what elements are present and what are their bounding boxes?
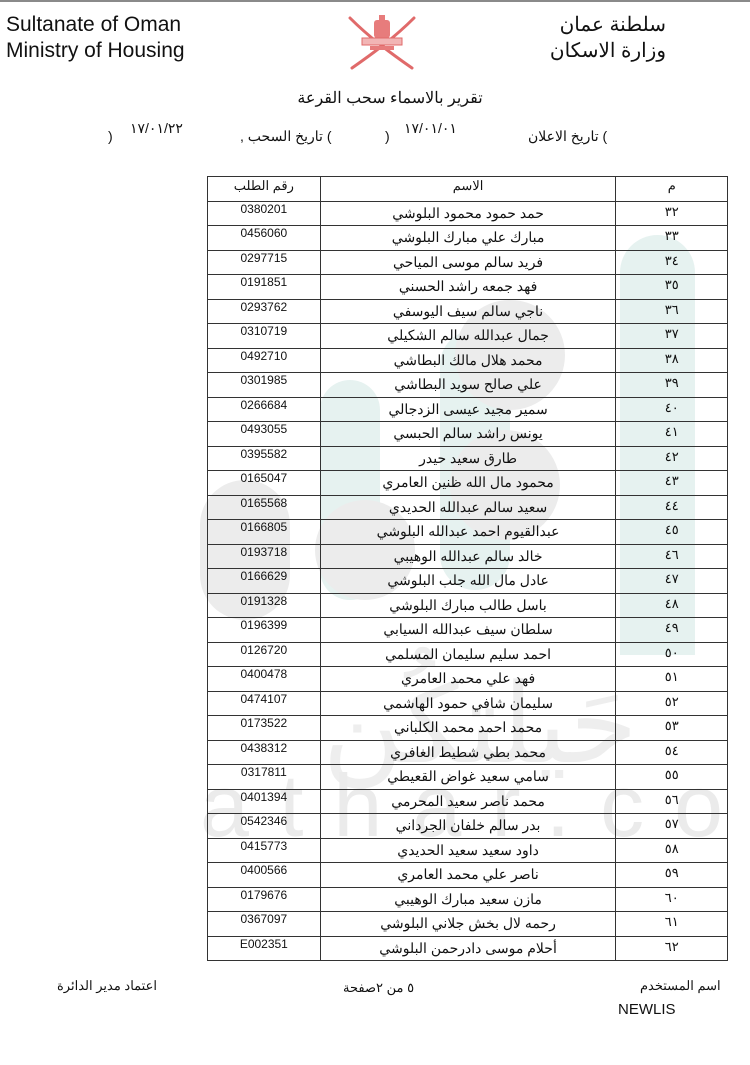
user-label: اسم المستخدم <box>640 978 721 994</box>
application-no-cell: 0367097 <box>208 912 321 937</box>
row-number-cell: ٥٥ <box>616 765 728 790</box>
approval-label: اعتماد مدير الدائرة <box>57 978 157 994</box>
table-row: 0401394محمد ناصر سعيد المحرمي٥٦ <box>208 789 728 814</box>
name-cell: خالد سالم عبدالله الوهيبي <box>320 544 616 569</box>
name-cell: أحلام موسى دادرحمن البلوشي <box>320 936 616 961</box>
table-row: 0179676مازن سعيد مبارك الوهيبي٦٠ <box>208 887 728 912</box>
application-no-cell: 0196399 <box>208 618 321 643</box>
table-row: 0415773داود سعيد سعيد الحديدي٥٨ <box>208 838 728 863</box>
row-number-cell: ٦١ <box>616 912 728 937</box>
table-row: 0317811سامي سعيد غواض القعيطي٥٥ <box>208 765 728 790</box>
ministry-name-en: Ministry of Housing <box>6 38 185 64</box>
application-no-cell: 0401394 <box>208 789 321 814</box>
application-no-cell: 0380201 <box>208 201 321 226</box>
application-no-cell: 0293762 <box>208 299 321 324</box>
row-number-cell: ٥٣ <box>616 716 728 741</box>
name-cell: محمد هلال مالك البطاشي <box>320 348 616 373</box>
row-number-cell: ٣٧ <box>616 324 728 349</box>
name-cell: محمود مال الله ظنين العامري <box>320 471 616 496</box>
row-number-cell: ٣٥ <box>616 275 728 300</box>
application-no-cell: 0395582 <box>208 446 321 471</box>
table-row: 0166805عبدالقيوم احمد عبدالله البلوشي٤٥ <box>208 520 728 545</box>
application-no-cell: 0165047 <box>208 471 321 496</box>
application-no-cell: 0438312 <box>208 740 321 765</box>
row-number-cell: ٤٧ <box>616 569 728 594</box>
table-row: 0293762ناجي سالم سيف اليوسفي٣٦ <box>208 299 728 324</box>
table-row: 0191328باسل طالب مبارك البلوشي٤٨ <box>208 593 728 618</box>
table-row: 0456060مبارك علي مبارك البلوشي٣٣ <box>208 226 728 251</box>
name-cell: محمد بطي شطيط الغافري <box>320 740 616 765</box>
name-cell: بدر سالم خلفان الجرداني <box>320 814 616 839</box>
name-cell: رحمه لال بخش جلاني البلوشي <box>320 912 616 937</box>
row-number-cell: ٤٨ <box>616 593 728 618</box>
application-no-cell: 0126720 <box>208 642 321 667</box>
top-border-line <box>0 0 750 2</box>
row-number-cell: ٤٠ <box>616 397 728 422</box>
row-number-cell: ٣٣ <box>616 226 728 251</box>
name-cell: سليمان شافي حمود الهاشمي <box>320 691 616 716</box>
application-no-cell: 0317811 <box>208 765 321 790</box>
row-number-cell: ٥١ <box>616 667 728 692</box>
table-row: 0165568سعيد سالم عبدالله الحديدي٤٤ <box>208 495 728 520</box>
column-header-application-no: رقم الطلب <box>208 177 321 202</box>
table-row: 0380201حمد حمود محمود البلوشي٣٢ <box>208 201 728 226</box>
row-number-cell: ٣٢ <box>616 201 728 226</box>
table-row: 0474107سليمان شافي حمود الهاشمي٥٢ <box>208 691 728 716</box>
name-cell: طارق سعيد حيدر <box>320 446 616 471</box>
name-cell: عبدالقيوم احمد عبدالله البلوشي <box>320 520 616 545</box>
name-cell: احمد سليم سليمان المسلمي <box>320 642 616 667</box>
draw-close: ) <box>108 128 113 144</box>
name-cell: فهد علي محمد العامري <box>320 667 616 692</box>
application-no-cell: 0492710 <box>208 348 321 373</box>
country-name-en: Sultanate of Oman <box>6 12 185 38</box>
name-cell: محمد ناصر سعيد المحرمي <box>320 789 616 814</box>
table-row: 0173522محمد احمد محمد الكلباني٥٣ <box>208 716 728 741</box>
row-number-cell: ٥٤ <box>616 740 728 765</box>
row-number-cell: ٤٤ <box>616 495 728 520</box>
table-row: 0400478فهد علي محمد العامري٥١ <box>208 667 728 692</box>
name-cell: سمير مجيد عيسى الزدجالي <box>320 397 616 422</box>
row-number-cell: ٥٨ <box>616 838 728 863</box>
application-no-cell: 0493055 <box>208 422 321 447</box>
table-row: 0310719جمال عبدالله سالم الشكيلي٣٧ <box>208 324 728 349</box>
announcement-date: ١٧/٠١/٠١ <box>404 120 457 137</box>
name-cell: فريد سالم موسى المياحي <box>320 250 616 275</box>
name-cell: جمال عبدالله سالم الشكيلي <box>320 324 616 349</box>
name-cell: مازن سعيد مبارك الوهيبي <box>320 887 616 912</box>
row-number-cell: ٥٦ <box>616 789 728 814</box>
row-number-cell: ٦٠ <box>616 887 728 912</box>
row-number-cell: ٤٢ <box>616 446 728 471</box>
application-no-cell: 0173522 <box>208 716 321 741</box>
column-header-number: م <box>616 177 728 202</box>
header-english: Sultanate of Oman Ministry of Housing <box>6 12 185 64</box>
application-no-cell: 0166805 <box>208 520 321 545</box>
row-number-cell: ٦٢ <box>616 936 728 961</box>
application-no-cell: 0193718 <box>208 544 321 569</box>
application-no-cell: E002351 <box>208 936 321 961</box>
application-no-cell: 0310719 <box>208 324 321 349</box>
table-row: 0301985علي صالح سويد البطاشي٣٩ <box>208 373 728 398</box>
name-cell: عادل مال الله جلب البلوشي <box>320 569 616 594</box>
row-number-cell: ٤٩ <box>616 618 728 643</box>
application-no-cell: 0415773 <box>208 838 321 863</box>
row-number-cell: ٤٥ <box>616 520 728 545</box>
application-no-cell: 0542346 <box>208 814 321 839</box>
page-indicator: ٥ من ٢صفحة <box>343 980 414 996</box>
announcement-label: تاريخ الاعلان ( <box>528 128 607 145</box>
name-cell: ناجي سالم سيف اليوسفي <box>320 299 616 324</box>
application-no-cell: 0266684 <box>208 397 321 422</box>
country-name-ar: سلطنة عمان <box>550 12 666 38</box>
column-header-name: الاسم <box>320 177 616 202</box>
table-row: 0166629عادل مال الله جلب البلوشي٤٧ <box>208 569 728 594</box>
name-cell: مبارك علي مبارك البلوشي <box>320 226 616 251</box>
table-row: 0165047محمود مال الله ظنين العامري٤٣ <box>208 471 728 496</box>
table-row: 0438312محمد بطي شطيط الغافري٥٤ <box>208 740 728 765</box>
name-cell: ناصر علي محمد العامري <box>320 863 616 888</box>
application-no-cell: 0166629 <box>208 569 321 594</box>
application-no-cell: 0191328 <box>208 593 321 618</box>
row-number-cell: ٣٨ <box>616 348 728 373</box>
table-row: 0191851فهد جمعه راشد الحسني٣٥ <box>208 275 728 300</box>
table-row: 0266684سمير مجيد عيسى الزدجالي٤٠ <box>208 397 728 422</box>
name-cell: يونس راشد سالم الحبسي <box>320 422 616 447</box>
oman-emblem-icon <box>344 12 420 74</box>
name-cell: داود سعيد سعيد الحديدي <box>320 838 616 863</box>
table-row: E002351أحلام موسى دادرحمن البلوشي٦٢ <box>208 936 728 961</box>
name-cell: سعيد سالم عبدالله الحديدي <box>320 495 616 520</box>
name-cell: حمد حمود محمود البلوشي <box>320 201 616 226</box>
name-cell: سلطان سيف عبدالله السيابي <box>320 618 616 643</box>
row-number-cell: ٥٧ <box>616 814 728 839</box>
announcement-close: ) <box>385 128 390 144</box>
row-number-cell: ٣٦ <box>616 299 728 324</box>
row-number-cell: ٥٢ <box>616 691 728 716</box>
application-no-cell: 0400478 <box>208 667 321 692</box>
row-number-cell: ٤١ <box>616 422 728 447</box>
table-row: 0367097رحمه لال بخش جلاني البلوشي٦١ <box>208 912 728 937</box>
ministry-name-ar: وزارة الاسكان <box>550 38 666 64</box>
draw-date: ١٧/٠١/٢٢ <box>130 120 183 137</box>
winners-table: رقم الطلب الاسم م 0380201حمد حمود محمود … <box>207 176 728 961</box>
application-no-cell: 0297715 <box>208 250 321 275</box>
table-row: 0193718خالد سالم عبدالله الوهيبي٤٦ <box>208 544 728 569</box>
application-no-cell: 0191851 <box>208 275 321 300</box>
table-row: 0297715فريد سالم موسى المياحي٣٤ <box>208 250 728 275</box>
application-no-cell: 0179676 <box>208 887 321 912</box>
header-arabic: سلطنة عمان وزارة الاسكان <box>550 12 666 64</box>
table-body: 0380201حمد حمود محمود البلوشي٣٢0456060مب… <box>208 201 728 961</box>
name-cell: محمد احمد محمد الكلباني <box>320 716 616 741</box>
name-cell: علي صالح سويد البطاشي <box>320 373 616 398</box>
row-number-cell: ٣٩ <box>616 373 728 398</box>
table-row: 0492710محمد هلال مالك البطاشي٣٨ <box>208 348 728 373</box>
user-value: NEWLIS <box>618 1001 676 1018</box>
draw-label: , تاريخ السحب ( <box>240 128 332 145</box>
table-header-row: رقم الطلب الاسم م <box>208 177 728 202</box>
name-cell: باسل طالب مبارك البلوشي <box>320 593 616 618</box>
table-row: 0542346بدر سالم خلفان الجرداني٥٧ <box>208 814 728 839</box>
table-row: 0196399سلطان سيف عبدالله السيابي٤٩ <box>208 618 728 643</box>
application-no-cell: 0456060 <box>208 226 321 251</box>
row-number-cell: ٤٦ <box>616 544 728 569</box>
application-no-cell: 0400566 <box>208 863 321 888</box>
report-title: تقرير بالاسماء سحب القرعة <box>0 88 750 108</box>
row-number-cell: ٤٣ <box>616 471 728 496</box>
application-no-cell: 0165568 <box>208 495 321 520</box>
table-row: 0395582طارق سعيد حيدر٤٢ <box>208 446 728 471</box>
name-cell: سامي سعيد غواض القعيطي <box>320 765 616 790</box>
name-cell: فهد جمعه راشد الحسني <box>320 275 616 300</box>
table-row: 0126720احمد سليم سليمان المسلمي٥٠ <box>208 642 728 667</box>
application-no-cell: 0301985 <box>208 373 321 398</box>
row-number-cell: ٣٤ <box>616 250 728 275</box>
report-dates: تاريخ الاعلان ( ١٧/٠١/٠١ ) , تاريخ السحب… <box>0 123 750 153</box>
table-row: 0493055يونس راشد سالم الحبسي٤١ <box>208 422 728 447</box>
row-number-cell: ٥٠ <box>616 642 728 667</box>
application-no-cell: 0474107 <box>208 691 321 716</box>
table-row: 0400566ناصر علي محمد العامري٥٩ <box>208 863 728 888</box>
row-number-cell: ٥٩ <box>616 863 728 888</box>
